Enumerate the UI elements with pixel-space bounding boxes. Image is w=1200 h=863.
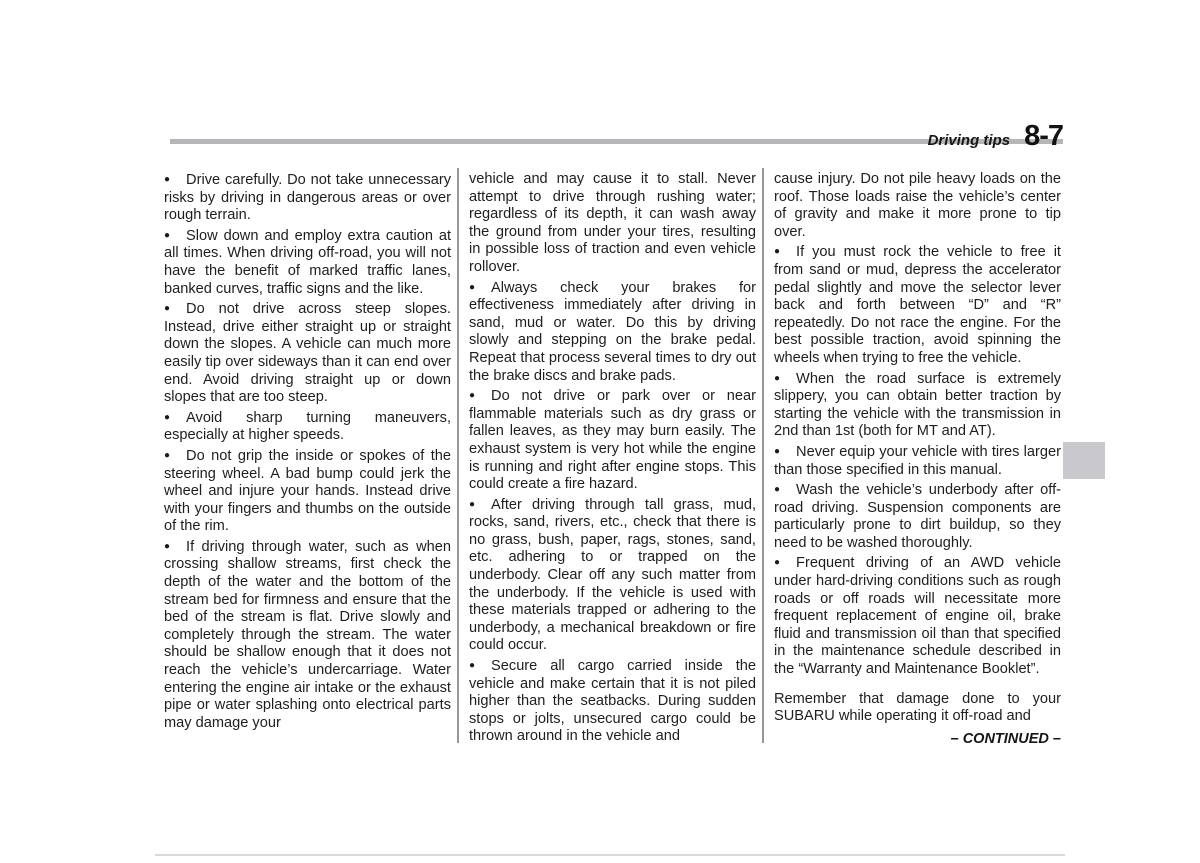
bullet-item: ●Slow down and employ extra caution at a…	[164, 227, 451, 298]
text-column-2: vehicle and may cause it to stall. Never…	[469, 171, 756, 748]
bullet-item: ●Secure all cargo carried inside the veh…	[469, 657, 756, 746]
bottom-rule	[155, 854, 1065, 856]
bullet-icon: ●	[774, 243, 780, 261]
paragraph: Remember that damage done to your SUBARU…	[774, 691, 1061, 726]
bullet-icon: ●	[164, 300, 170, 318]
section-edge-tab	[1063, 442, 1105, 479]
bullet-icon: ●	[469, 387, 475, 405]
paragraph: cause injury. Do not pile heavy loads on…	[774, 171, 1061, 241]
text-column-1: ●Drive carefully. Do not take unnecessar…	[164, 171, 451, 734]
bullet-icon: ●	[469, 496, 475, 514]
bullet-icon: ●	[164, 409, 170, 427]
continued-label: – CONTINUED –	[774, 731, 1061, 747]
bullet-item: ●Drive carefully. Do not take unnecessar…	[164, 171, 451, 225]
bullet-icon: ●	[164, 447, 170, 465]
bullet-icon: ●	[164, 171, 170, 189]
bullet-item: ●If you must rock the vehicle to free it…	[774, 243, 1061, 367]
text-column-3: cause injury. Do not pile heavy loads on…	[774, 171, 1061, 728]
bullet-item: ●If driving through water, such as when …	[164, 538, 451, 733]
bullet-icon: ●	[774, 370, 780, 388]
bullet-icon: ●	[774, 554, 780, 572]
bullet-item: ●Do not drive or park over or near flamm…	[469, 387, 756, 494]
bullet-icon: ●	[164, 227, 170, 245]
bullet-item: ●Do not grip the inside or spokes of the…	[164, 447, 451, 536]
bullet-icon: ●	[774, 481, 780, 499]
bullet-item: ●After driving through tall grass, mud, …	[469, 496, 756, 655]
bullet-item: ●Always check your brakes for effectiven…	[469, 279, 756, 386]
page-header: Driving tips8-7	[170, 120, 1063, 153]
bullet-icon: ●	[774, 443, 780, 461]
bullet-item: ●When the road surface is extremely slip…	[774, 370, 1061, 441]
bullet-icon: ●	[469, 657, 475, 675]
section-title: Driving tips	[928, 132, 1011, 149]
column-divider	[762, 168, 764, 743]
bullet-item: ●Never equip your vehicle with tires lar…	[774, 443, 1061, 479]
bullet-item: ●Frequent driving of an AWD vehicle unde…	[774, 554, 1061, 678]
column-divider	[457, 168, 459, 743]
bullet-item: ●Do not drive across steep slopes. Inste…	[164, 300, 451, 407]
bullet-item: ●Avoid sharp turning maneuvers, especial…	[164, 409, 451, 445]
page-number: 8-7	[1024, 120, 1063, 152]
bullet-item: ●Wash the vehicle’s underbody after off-…	[774, 481, 1061, 552]
bullet-icon: ●	[469, 279, 475, 297]
paragraph: vehicle and may cause it to stall. Never…	[469, 171, 756, 277]
bullet-icon: ●	[164, 538, 170, 556]
